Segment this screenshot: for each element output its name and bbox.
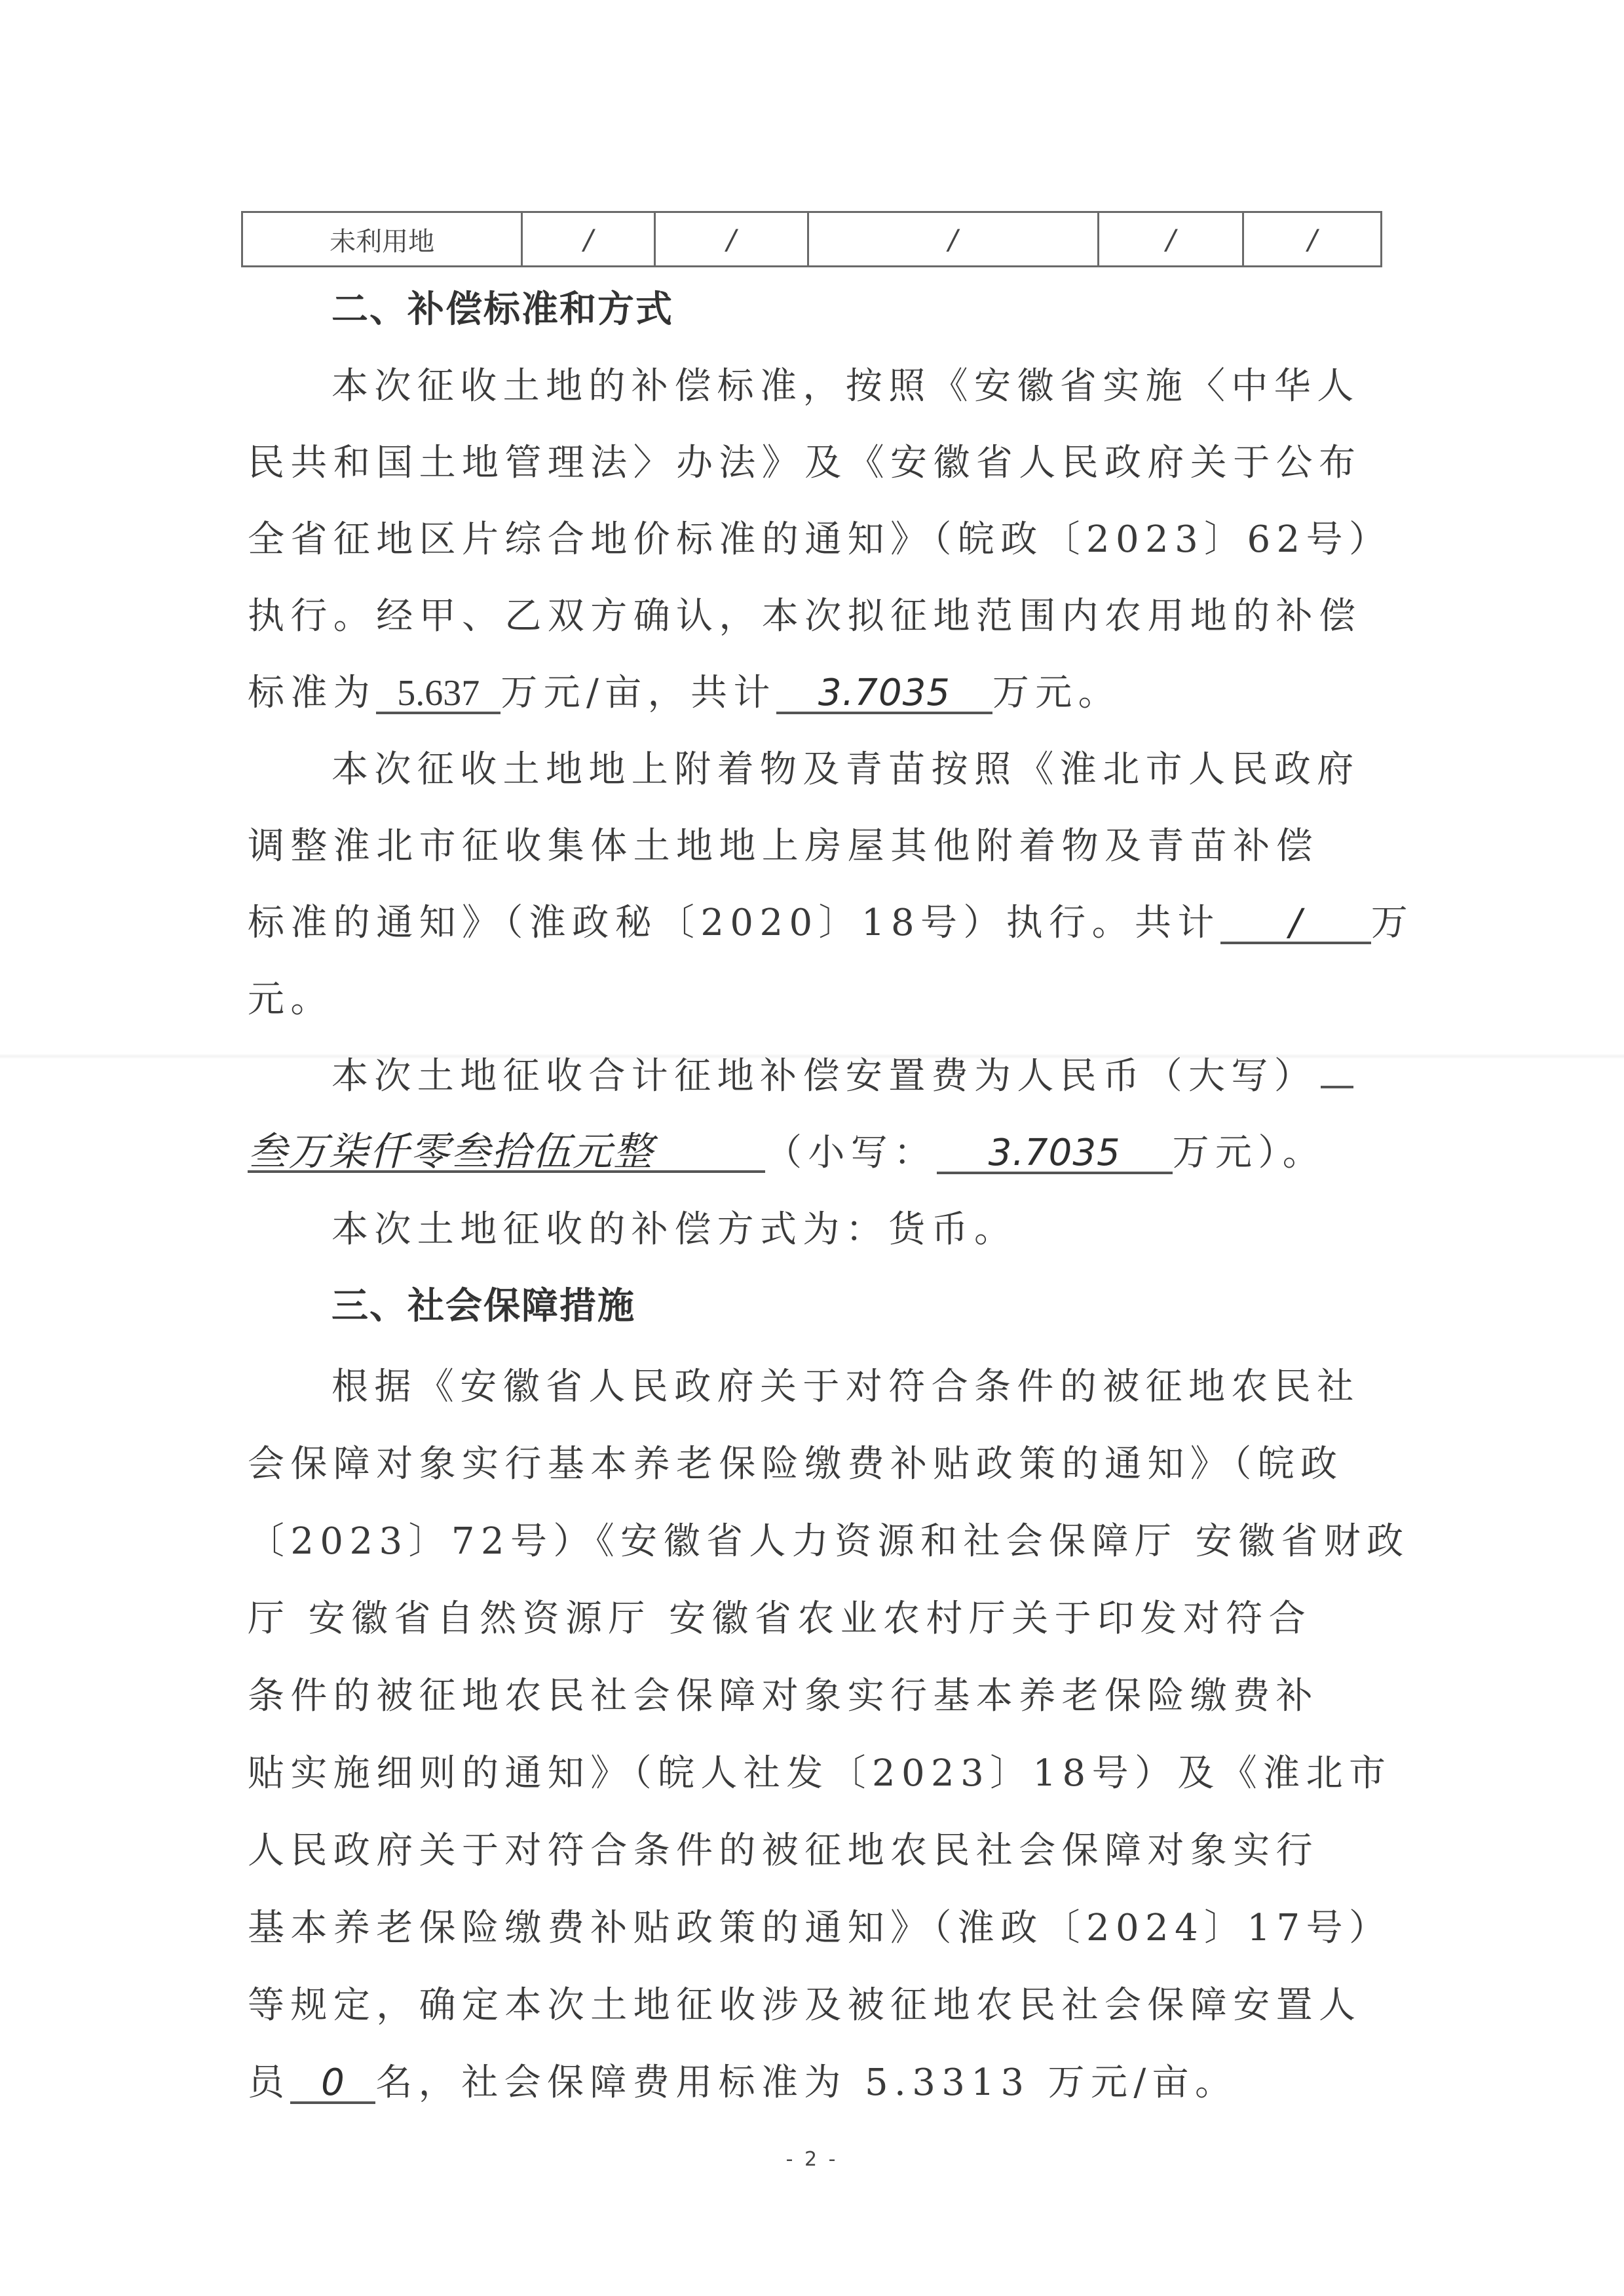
paragraph-line: 厅 安徽省自然资源厅 安徽省农业农村厅关于印发对符合 [248,1580,1374,1657]
paragraph-line: 调整淮北市征收集体土地地上房屋其他附着物及青苗补偿 [248,808,1374,885]
text-fragment: 万 [1371,902,1414,944]
page-number: - 2 - [0,2148,1624,2171]
paragraph-line: 本次土地征收合计征地补偿安置费为人民币（大写） [331,1038,1373,1115]
paragraph-line: 〔2023〕72号）《安徽省人力资源和社会保障厅 安徽省财政 [248,1503,1374,1580]
paragraph-line: 执行。经甲、乙双方确认，本次拟征地范围内农用地的补偿 [248,578,1374,655]
amount-in-words-field: 叁万柒仟零叁拾伍元整 [248,1134,765,1173]
paragraph-line: 本次土地征收的补偿方式为：货币。 [331,1191,1373,1268]
blank-underline [1321,1086,1353,1088]
paragraph-line: 标准的通知》（淮政秘〔2020〕18号）执行。共计/万 [248,885,1374,961]
text-fragment: 万元。 [992,672,1121,714]
paragraph-line: 条件的被征地农民社会保障对象实行基本养老保险缴费补 [248,1658,1374,1734]
paragraph-line: 等规定，确定本次土地征收涉及被征地农民社会保障安置人 [248,1967,1374,2044]
land-table: 未利用地 / / / / / [241,211,1382,267]
table-cell: / [1098,212,1243,267]
paragraph-line: 本次征收土地的补偿标准，按照《安徽省实施〈中华人 [331,348,1373,425]
land-type-cell: 未利用地 [242,212,522,267]
text-fragment: 万元/亩，共计 [500,672,776,714]
table-cell: / [654,212,808,267]
paragraph-line: 元。 [248,961,1374,1038]
text-fragment: 标准为 [248,672,376,714]
text-fragment: 标准的通知》（淮政秘〔2020〕18号）执行。共计 [248,902,1220,944]
amount-in-figures-field: 3.7035 [937,1135,1173,1174]
text-fragment: 名，社会保障费用标准为 5.3313 万元/亩。 [375,2061,1237,2104]
paragraph-line: 员0名，社会保障费用标准为 5.3313 万元/亩。 [248,2044,1374,2121]
paragraph-line: 全省征地区片综合地价标准的通知》（皖政〔2023〕62号） [248,501,1374,578]
table-row: 未利用地 / / / / / [242,212,1382,267]
text-fragment: （小写： [765,1132,937,1174]
paragraph-line: 本次征收土地地上附着物及青苗按照《淮北市人民政府 [331,731,1373,808]
paragraph-line: 叁万柒仟零叁拾伍元整（小写：3.7035万元）。 [248,1115,1374,1191]
paragraph-line: 人民政府关于对符合条件的被征地农民社会保障对象实行 [248,1812,1374,1889]
paragraph-line: 贴实施细则的通知》（皖人社发〔2023〕18号）及《淮北市 [248,1735,1374,1812]
resettled-persons-field: 0 [290,2065,375,2104]
attachments-amount-field: / [1220,905,1371,944]
paragraph-line: 标准为5.637万元/亩，共计3.7035万元。 [248,655,1374,731]
rate-field: 5.637 [376,675,500,714]
table-cell: / [522,212,655,267]
text-fragment: 万元）。 [1173,1132,1326,1174]
table-cell: / [808,212,1098,267]
section-heading-compensation: 二、补偿标准和方式 [331,271,1373,348]
paragraph-line: 根据《安徽省人民政府关于对符合条件的被征地农民社 [331,1349,1373,1425]
paragraph-line: 基本养老保险缴费补贴政策的通知》（淮政〔2024〕17号） [248,1890,1374,1966]
paragraph-line: 民共和国土地管理法〉办法》及《安徽省人民政府关于公布 [248,425,1374,501]
table-cell: / [1243,212,1382,267]
paragraph-line: 会保障对象实行基本养老保险缴费补贴政策的通知》（皖政 [248,1426,1374,1502]
text-fragment: 员 [248,2061,290,2104]
total-amount-field: 3.7035 [776,675,992,714]
section-heading-social-security: 三、社会保障措施 [331,1268,1373,1345]
text-fragment: 本次土地征收合计征地补偿安置费为人民币（大写） [331,1055,1317,1098]
